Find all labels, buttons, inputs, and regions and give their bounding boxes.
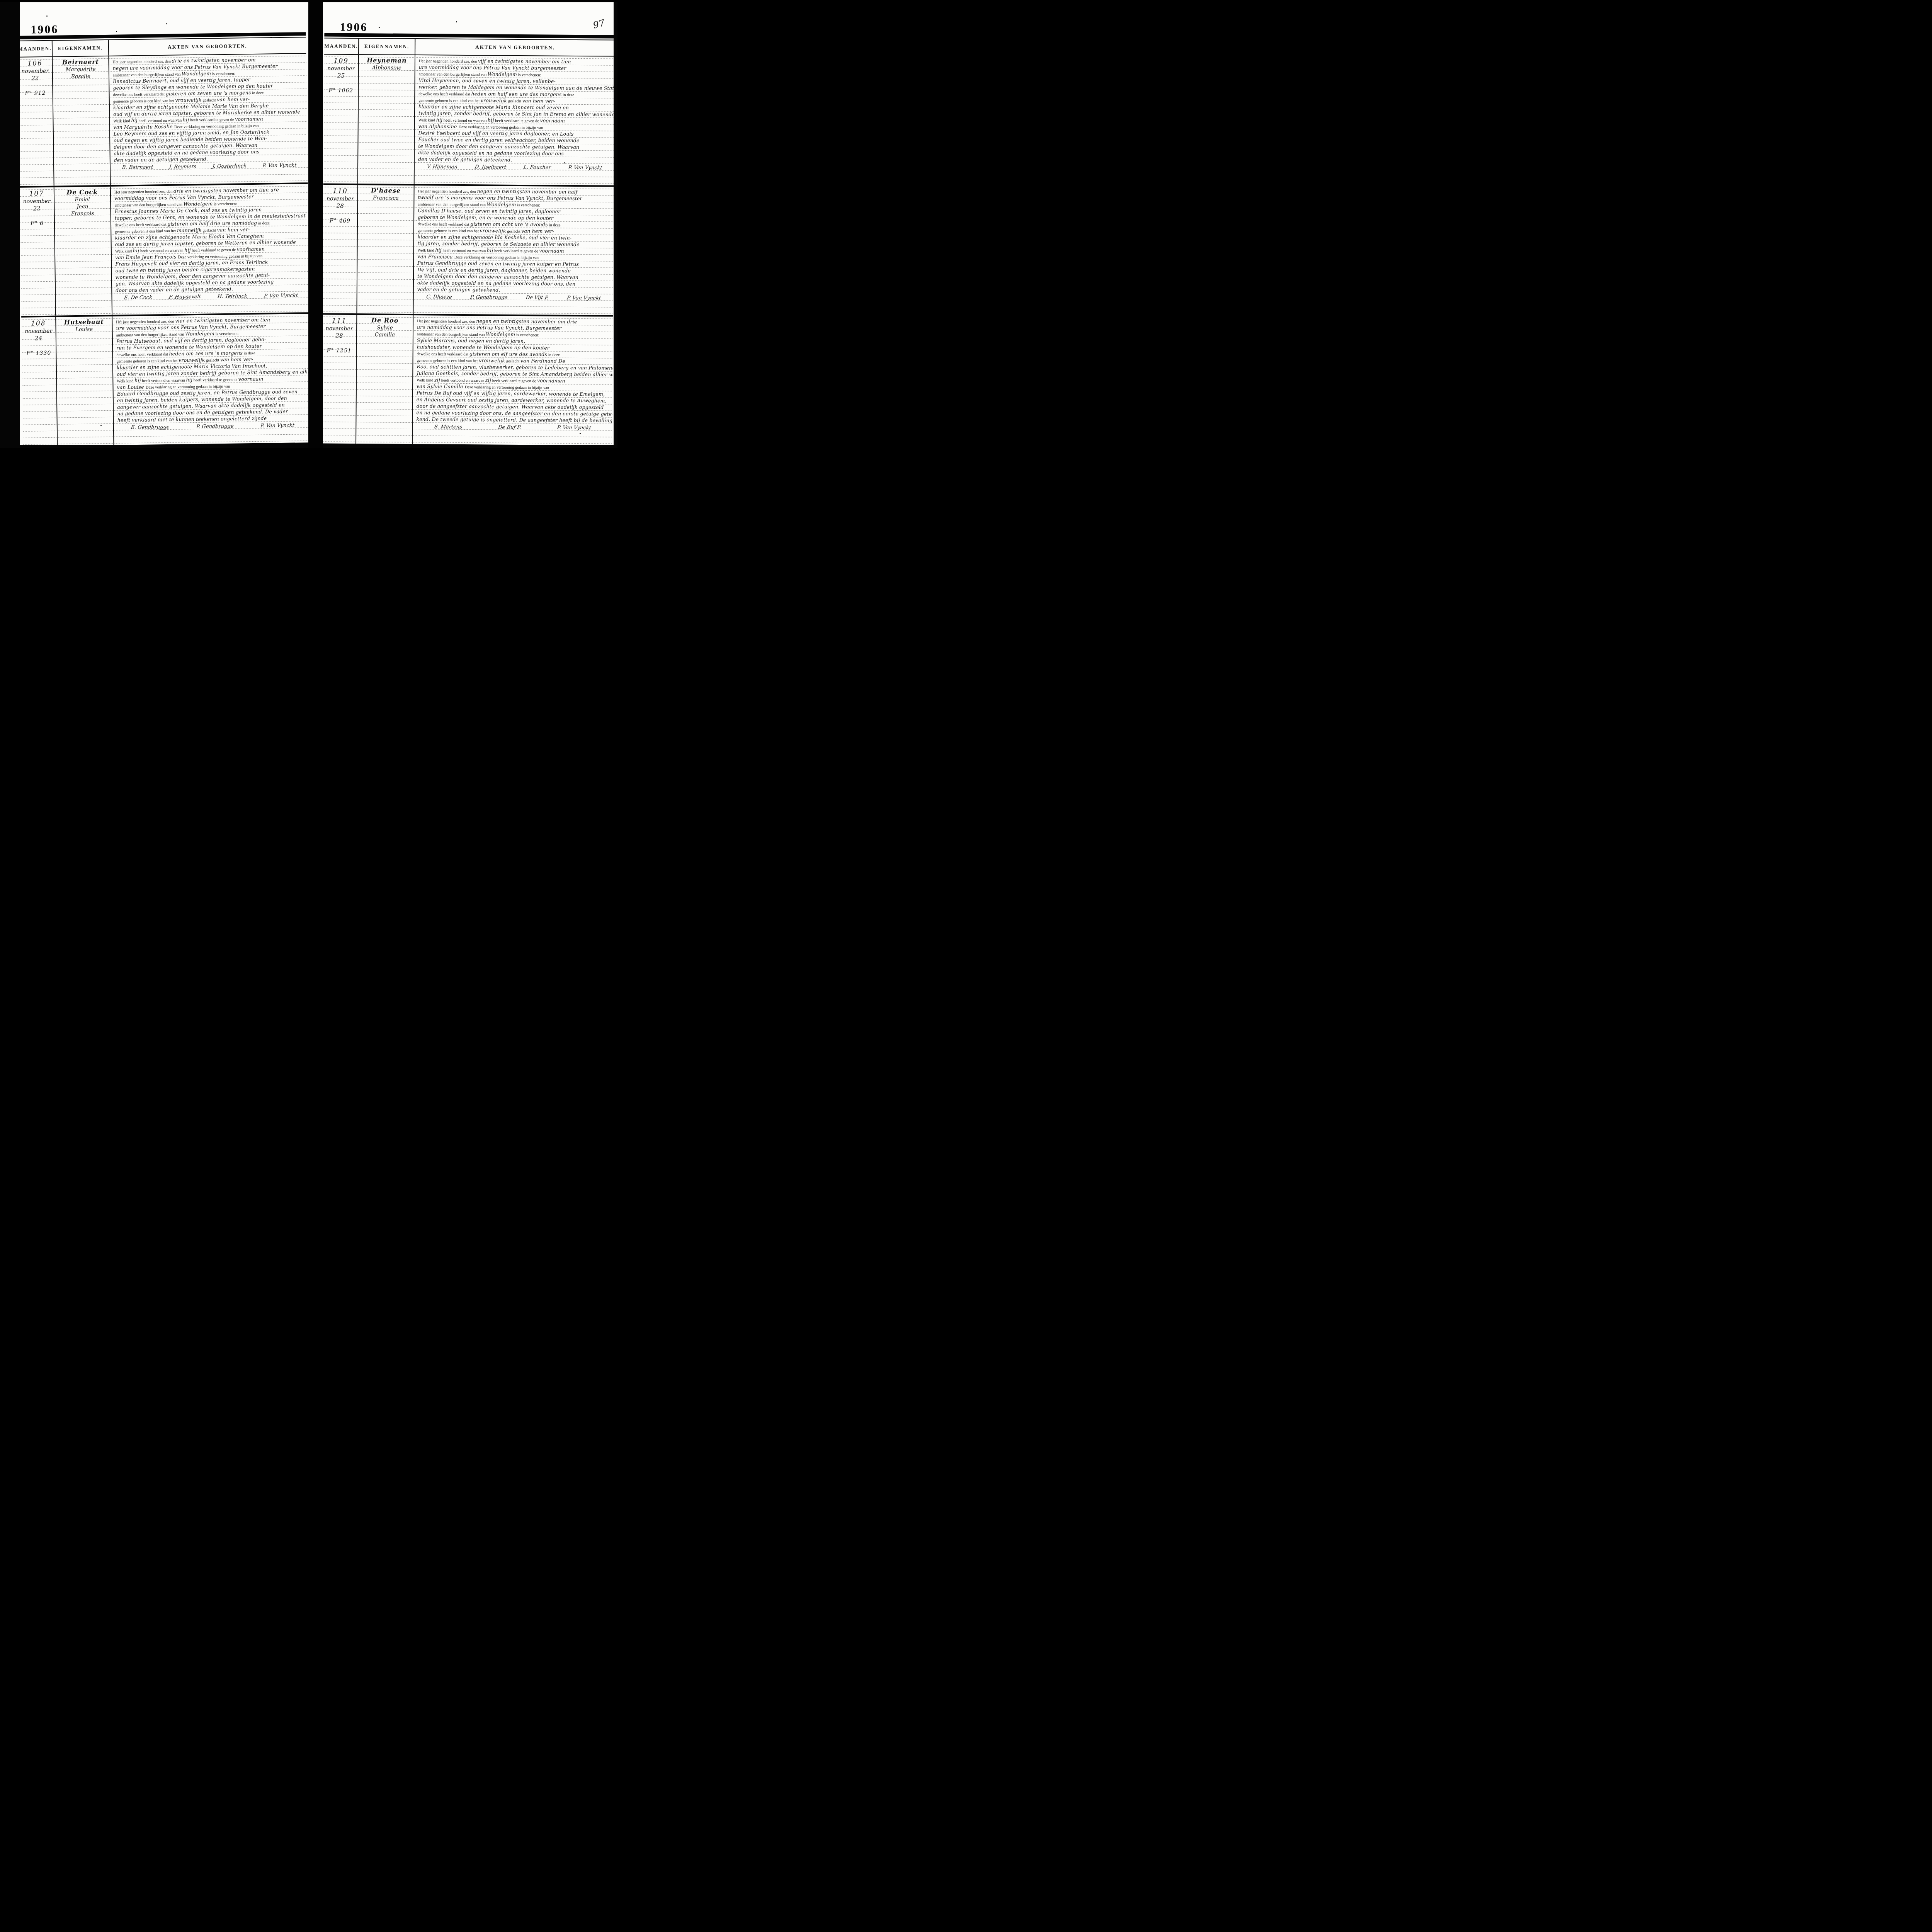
printed-text-segment: heeft vertoond en waarvan <box>139 248 184 253</box>
column-header-acts: AKTEN VAN GEBOORTEN. <box>109 37 306 56</box>
entry-surname: Hutsebaut <box>56 318 112 326</box>
entry-day: 22 <box>20 75 52 82</box>
handwritten-text-segment: zij <box>434 377 440 383</box>
entry-day: 22 <box>20 204 54 212</box>
handwritten-text-segment: Desiré Yselbaert oud vijf en veertig jar… <box>418 130 574 137</box>
printed-text-segment: Deze verklaring en vertooning gedaan in … <box>465 385 549 390</box>
handwritten-text-segment: hij <box>134 378 141 383</box>
signature: E. Gendbrugge <box>131 424 170 430</box>
signature: P. Van Vynckt <box>260 423 295 429</box>
signature: De Vijt P. <box>526 295 549 301</box>
scan-speckle <box>46 15 48 17</box>
entry-margin-cell: 107november22F° 6 <box>20 187 56 316</box>
scan-speckle <box>116 31 117 32</box>
entry-name-cell: HeynemanAlphonsine <box>358 55 415 184</box>
entry-surname: De Cock <box>54 188 110 196</box>
handwritten-text-segment: van Alphonsine <box>418 123 459 129</box>
handwritten-text-segment: vader en de getuigen geteekend. <box>417 286 500 293</box>
handwritten-text-segment: voornamen <box>237 246 265 252</box>
printed-text-segment: is verschenen: <box>213 202 237 206</box>
entry-act-cell: Het jaar negentien honderd zes, den vijf… <box>415 55 614 185</box>
printed-text-segment: in deze <box>548 223 561 227</box>
entry-given-name: Jean <box>54 203 110 210</box>
printed-text-segment: gemeente geboren is een kind van het <box>115 229 177 234</box>
printed-text-segment: Hét jaar negentien honderd zes, den <box>116 320 175 325</box>
handwritten-text-segment: hij <box>436 117 443 122</box>
handwritten-text-segment: te Wondelgem door den aangever aanzochte… <box>417 273 578 280</box>
entry-act-cell: Het jaar negentien honderd zes, den drie… <box>109 54 308 185</box>
printed-text-segment: geslacht <box>202 228 217 233</box>
handwritten-text-segment: klaarder en zijne echtgenoote Maria Kinn… <box>418 104 569 111</box>
handwritten-text-segment: Vital Heyneman, oud zeven en twintig jar… <box>419 77 556 84</box>
handwritten-text-segment: ure voormiddag voor ons Petrus Van Vynck… <box>419 64 566 71</box>
year-label: 1906 <box>31 23 58 37</box>
register-entry: 110november28F° 469D'haeseFranciscaHet j… <box>323 185 614 317</box>
entry-day: 24 <box>22 335 56 342</box>
printed-text-segment: dewelke ons heeft verklaard dat <box>116 352 169 357</box>
entry-folio-reference: F° 1062 <box>324 87 358 94</box>
printed-text-segment: heeft vertoond en waarvan <box>442 119 488 123</box>
entry-number: 107 <box>20 189 54 197</box>
signature: P. Van Vynckt <box>262 162 297 168</box>
entry-name-cell: HutsebautLouise <box>56 316 114 445</box>
printed-text-segment: Deze verklaring en vertooning gedaan in … <box>459 125 543 130</box>
entry-folio-reference: F° 469 <box>323 218 357 224</box>
handwritten-text-segment: van hem ver- <box>522 98 555 104</box>
handwritten-text-segment: vrouwelijk <box>179 357 205 363</box>
signature-row: B. BeirnaertJ. ReyniersJ. OosterlinckP. … <box>114 162 305 170</box>
printed-text-segment: gemeente geboren is een kind van het <box>417 359 479 363</box>
handwritten-text-segment: hij <box>435 247 442 253</box>
handwritten-text-segment: klaarder en zijne echtgenoote Ida Kesbek… <box>418 234 571 241</box>
entry-given-name: Louise <box>56 326 112 333</box>
entry-given-name: Emiel <box>54 196 110 203</box>
handwritten-text-segment: van Marguérite Rosalie <box>114 124 175 130</box>
printed-text-segment: heeft verklaard te geven de <box>494 119 540 123</box>
scan-speckle <box>456 21 457 22</box>
entry-given-name: François <box>55 210 111 217</box>
signature: C. Dhaeze <box>426 294 452 300</box>
entry-surname: De Roo <box>357 316 413 324</box>
column-header-month: MAANDEN. <box>20 41 53 57</box>
signature: De Buf P. <box>498 425 522 430</box>
signature: P. Van Vynckt <box>566 295 601 301</box>
handwritten-text-segment: Petrus Gendbrugge oud zeven en twintig j… <box>417 260 579 267</box>
printed-text-segment: Het jaar negentien honderd zes, den <box>114 189 173 194</box>
entry-number: 106 <box>20 60 52 68</box>
handwritten-text-segment: hij <box>183 117 189 122</box>
signature: H. Teirlinck <box>217 293 248 299</box>
printed-text-segment: is verschenen: <box>517 73 541 77</box>
handwritten-text-segment: akte dadelijk opgesteld en na gedane voo… <box>418 150 564 156</box>
entry-number: 109 <box>324 57 358 65</box>
printed-text-segment: is verschenen: <box>515 333 539 337</box>
entry-folio-reference: F° 6 <box>20 220 54 226</box>
signature: P. Gendbrugge <box>470 294 508 301</box>
entry-day: 28 <box>323 332 356 340</box>
act-text-line: kend. De tweede getuige is ongeletterd. … <box>416 416 609 423</box>
entry-name-cell: De RooSylvieCamilla <box>356 315 413 444</box>
handwritten-text-segment: Sylvie Martens, oud negen en dertig jare… <box>417 337 526 344</box>
year-label: 1906 <box>340 21 367 34</box>
entry-given-name: Rosalie <box>53 73 109 80</box>
handwritten-text-segment: drie en twintigsten november om tien ure <box>173 187 279 194</box>
entry-given-name: Camilla <box>357 332 413 338</box>
printed-text-segment: Het jaar negentien honderd zes, den <box>418 189 477 194</box>
printed-text-segment: in deze <box>547 353 560 357</box>
printed-text-segment: dewelke ons heeft verklaard dat <box>417 352 469 357</box>
printed-text-segment: Welk kind <box>418 118 436 122</box>
printed-text-segment: dewelke ons heeft verklaard dat <box>115 223 167 228</box>
handwritten-text-segment: van Louise <box>117 384 146 390</box>
printed-text-segment: ambtenaar van den burgerlijken stand van <box>116 333 185 338</box>
printed-text-segment: Het jaar negentien honderd zes, den <box>112 60 172 65</box>
handwritten-text-segment: hij <box>131 117 138 123</box>
handwritten-text-segment: vrouwelijk <box>481 97 507 103</box>
printed-text-segment: ambtenaar van den burgerlijken stand van <box>418 202 486 207</box>
printed-text-segment: heeft verklaard te geven de <box>491 379 537 384</box>
printed-text-segment: geslacht <box>205 358 220 363</box>
entry-day: 28 <box>323 202 357 209</box>
register-page-left: 1906 MAANDEN. EIGENNAMEN. AKTEN VAN GEBO… <box>20 2 308 445</box>
handwritten-page-number: 97 <box>592 17 606 31</box>
printed-text-segment: is verschenen: <box>516 203 540 207</box>
printed-text-segment: dewelke ons heeft verklaard dat <box>113 92 166 97</box>
entry-number: 108 <box>21 320 55 328</box>
printed-text-segment: Welk kind <box>115 249 133 254</box>
signature-row: C. DhaezeP. GendbruggeDe Vijt P.P. Van V… <box>417 294 611 301</box>
entry-margin-cell: 109november25F° 1062 <box>323 54 359 183</box>
entries-container-left: 106november22F° 912BeirnaertMarguériteRo… <box>20 54 308 445</box>
register-entry: 111november28F° 1251De RooSylvieCamillaH… <box>323 315 613 445</box>
handwritten-text-segment: vrouwelijk <box>480 228 506 233</box>
entry-folio-reference: F° 912 <box>20 90 53 97</box>
entry-number: 110 <box>323 187 357 195</box>
handwritten-text-segment: huishoudster, wonende te Wondelgem op de… <box>417 344 549 350</box>
printed-text-segment: heeft verklaard te geven de <box>191 248 237 253</box>
handwritten-text-segment: kend. De tweede getuige is ongeletterd. … <box>416 416 613 424</box>
printed-text-segment: dewelke ons heeft verklaard dat <box>418 222 470 227</box>
entry-given-name: Francisca <box>358 195 413 201</box>
handwritten-text-segment: Camillus D'haese, oud zeven en twintig j… <box>418 207 560 214</box>
handwritten-text-segment: mannelijk <box>177 227 202 233</box>
register-table-right: MAANDEN. EIGENNAMEN. AKTEN VAN GEBOORTEN… <box>323 33 614 445</box>
handwritten-text-segment: Foucher oud twee en dertig jaren veldwac… <box>418 136 579 143</box>
entry-surname: D'haese <box>358 187 414 194</box>
handwritten-text-segment: heeft verklaard niet te kunnen teekenen … <box>117 415 267 423</box>
scan-speckle <box>270 37 272 38</box>
handwritten-text-segment: voornaam <box>539 248 564 253</box>
handwritten-text-segment: voornaam <box>238 376 264 382</box>
signature: J. Oosterlinck <box>212 163 247 169</box>
signature-row: E. De CockF. HuygeveltH. TeirlinckP. Van… <box>116 293 307 301</box>
printed-text-segment: ambtenaar van den burgerlijken stand van <box>113 72 182 77</box>
handwritten-text-segment: vijf en twintigsten november om tien <box>478 58 571 65</box>
register-table-left: MAANDEN. EIGENNAMEN. AKTEN VAN GEBOORTEN… <box>20 32 308 445</box>
entries-container-right: 109november25F° 1062HeynemanAlphonsineHe… <box>323 54 614 445</box>
handwritten-text-segment: heden om half een ure des morgens <box>471 91 561 97</box>
scan-speckle <box>379 27 380 28</box>
entry-margin-cell: 106november22F° 912 <box>20 57 54 186</box>
handwritten-text-segment: van hem ver- <box>220 356 253 362</box>
handwritten-text-segment: van Emile Jean François <box>115 253 178 260</box>
handwritten-text-segment: drie en twintigsten november om <box>172 57 255 64</box>
entry-surname: Beirnaert <box>53 58 108 66</box>
handwritten-text-segment: gisteren om half drie ure namiddag <box>167 220 257 227</box>
scan-speckle <box>580 433 581 434</box>
entry-month: november <box>323 196 357 202</box>
handwritten-text-segment: heden om zes ure 's morgens <box>169 350 243 357</box>
handwritten-text-segment: hij <box>186 377 192 383</box>
column-header-row: MAANDEN. EIGENNAMEN. AKTEN VAN GEBOORTEN… <box>324 38 614 56</box>
handwritten-text-segment: Wondelgem <box>486 332 515 338</box>
printed-text-segment: heeft vertoond en waarvan <box>442 248 487 253</box>
printed-text-segment: ambtenaar van den burgerlijken stand van <box>114 202 183 207</box>
handwritten-text-segment: hij <box>487 247 493 253</box>
entry-surname: Heyneman <box>359 56 415 64</box>
register-entry: 107november22F° 6De CockEmielJeanFrançoi… <box>20 184 308 318</box>
printed-text-segment: in deze <box>562 93 575 97</box>
handwritten-text-segment: hij <box>184 247 191 253</box>
scan-speckle <box>100 425 102 426</box>
signature-row: E. GendbruggeP. GendbruggeP. Van Vynckt <box>117 423 308 431</box>
handwritten-text-segment: Wondelgem <box>182 70 211 77</box>
entry-folio-reference: F° 1251 <box>323 348 356 354</box>
printed-text-segment: gemeente geboren is een kind van het <box>113 99 175 104</box>
handwritten-text-segment: voornaam <box>540 117 565 123</box>
handwritten-text-segment: van Ferdinand De <box>520 358 565 364</box>
handwritten-text-segment: geboren te Wondelgem, en er wonende op d… <box>418 214 553 221</box>
signature: E. De Cock <box>124 294 153 301</box>
entry-month: november <box>20 198 54 204</box>
handwritten-text-segment: tig jaren, zonder bedrijf, geboren te Se… <box>418 240 580 247</box>
signature: J. Reyniers <box>169 164 197 170</box>
entry-month: november <box>324 65 358 72</box>
entry-month: november <box>20 68 52 75</box>
register-entry: 109november25F° 1062HeynemanAlphonsineHe… <box>323 54 614 187</box>
handwritten-text-segment: van Sylvie Camilla <box>417 383 465 389</box>
printed-text-segment: heeft verklaard te geven de <box>493 249 539 253</box>
handwritten-text-segment: Wondelgem <box>183 201 213 207</box>
scan-speckle <box>247 247 248 248</box>
entry-number: 111 <box>323 317 356 325</box>
printed-text-segment: Welk kind <box>113 119 131 124</box>
entry-margin-cell: 108november24F° 1330 <box>21 317 58 445</box>
handwritten-text-segment: Wondelgem <box>487 201 516 207</box>
handwritten-text-segment: den vader en de getuigen geteekend. <box>418 156 512 163</box>
entry-given-name: Sylvie <box>357 325 413 331</box>
handwritten-text-segment: negen en twintigsten november om half <box>477 188 578 195</box>
handwritten-text-segment: van Francisca <box>417 253 454 260</box>
printed-text-segment: heeft verklaard te geven de <box>189 118 235 123</box>
printed-text-segment: Het jaar negentien honderd zes, den <box>419 59 478 64</box>
handwritten-text-segment: akte dadelijk opgesteld en na gedane voo… <box>417 280 575 287</box>
binding-gutter <box>308 0 323 448</box>
register-entry: 108november24F° 1330HutsebautLouiseHét j… <box>21 314 308 445</box>
printed-text-segment: is verschenen: <box>211 72 235 77</box>
entry-act-cell: Het jaar negentien honderd zes, den drie… <box>111 184 308 315</box>
handwritten-text-segment: voornamen <box>235 116 263 122</box>
printed-text-segment: is verschenen: <box>214 332 239 337</box>
handwritten-text-segment: door ons den vader en de getuigen geteek… <box>116 286 233 293</box>
printed-text-segment: ambtenaar van den burgerlijken stand van <box>419 72 488 77</box>
entry-margin-cell: 110november28F° 469 <box>323 185 358 313</box>
signature: V. Hijneman <box>426 164 458 170</box>
register-page-right: 1906 97 MAANDEN. EIGENNAMEN. AKTEN VAN G… <box>323 2 614 445</box>
printed-text-segment: ambtenaar van den burgerlijken stand van <box>417 332 486 337</box>
printed-text-segment: geslacht <box>505 359 520 364</box>
printed-text-segment: Welk kind <box>117 379 134 384</box>
printed-text-segment: gemeente geboren is een kind van het <box>418 99 481 103</box>
entry-month: november <box>22 328 56 335</box>
printed-text-segment: Welk kind <box>417 378 434 383</box>
printed-text-segment: dewelke ons heeft verklaard dat <box>418 92 471 97</box>
signature: P. Van Vynckt <box>557 425 592 431</box>
handwritten-text-segment: te Wondelgem door den aangever aanzochte… <box>418 143 579 150</box>
entry-folio-reference: F° 1330 <box>22 350 56 357</box>
printed-text-segment: geslacht <box>506 229 522 233</box>
handwritten-text-segment: van hem ver- <box>521 228 554 234</box>
signature: P. Van Vynckt <box>568 165 603 171</box>
signature: P. Gendbrugge <box>196 423 234 430</box>
printed-text-segment: Deze verklaring en vertooning gedaan in … <box>454 255 539 260</box>
handwritten-text-segment: negen en twintigsten november om drie <box>476 318 577 325</box>
signature-row: V. HijnemanD. IjselbaertL. FoucherP. Van… <box>418 164 611 171</box>
handwritten-text-segment: voornamen <box>537 378 565 384</box>
act-text-line: vader en de getuigen geteekend. <box>417 286 610 294</box>
entry-margin-cell: 111november28F° 1251 <box>323 315 357 444</box>
entry-given-name: Marguérite <box>53 66 109 73</box>
printed-text-segment: in deze <box>251 91 264 95</box>
handwritten-text-segment: van hem ver- <box>217 226 250 233</box>
entry-name-cell: De CockEmielJeanFrançois <box>54 186 112 316</box>
handwritten-text-segment: hij <box>133 248 139 253</box>
scan-speckle <box>564 162 565 163</box>
entry-day: 25 <box>324 72 358 79</box>
handwritten-text-segment: gisteren om acht ure 's avonds <box>470 221 548 227</box>
signature: B. Beirnaert <box>122 164 154 170</box>
act-text-line: den vader en de getuigen geteekend. <box>418 156 611 163</box>
entry-act-cell: Het jaar negentien honderd zes, den nege… <box>413 185 614 315</box>
handwritten-text-segment: gisteren om zeven ure 's morgens <box>166 90 251 97</box>
handwritten-text-segment: vrouwelijk <box>479 358 505 364</box>
entry-name-cell: D'haeseFrancisca <box>357 185 414 314</box>
printed-text-segment: heeft verklaard te geven de <box>192 378 238 383</box>
handwritten-text-segment: den vader en de getuigen geteekend. <box>114 156 208 163</box>
printed-text-segment: Het jaar negentien honderd zes, den <box>417 319 476 324</box>
signature: D. Ijselbaert <box>474 164 507 170</box>
signature: F. Huygevelt <box>168 294 201 300</box>
register-entry: 106november22F° 912BeirnaertMarguériteRo… <box>20 54 308 187</box>
handwritten-text-segment: van hem ver- <box>217 96 250 102</box>
handwritten-text-segment: Wondelgem <box>488 71 517 77</box>
printed-text-segment: heeft vertoond en waarvan <box>141 379 186 384</box>
handwritten-text-segment: zij <box>485 378 491 383</box>
printed-text-segment: geslacht <box>507 99 522 104</box>
register-scan-spread: 1906 MAANDEN. EIGENNAMEN. AKTEN VAN GEBO… <box>0 0 617 448</box>
printed-text-segment: heeft vertoond en waarvan <box>138 118 183 123</box>
handwritten-text-segment: hij <box>488 117 494 123</box>
scan-speckle <box>518 35 519 36</box>
handwritten-text-segment: ure namiddag voor ons Petrus Van Vynckt,… <box>417 324 561 331</box>
printed-text-segment: geslacht <box>202 98 217 103</box>
handwritten-text-segment: twaalf ure 's morgens voor ons Petrus Va… <box>418 194 582 201</box>
handwritten-text-segment: Wondelgem <box>185 331 214 337</box>
entry-name-cell: BeirnaertMarguériteRosalie <box>53 56 111 186</box>
signature-row: S. MartensDe Buf P.P. Van Vynckt <box>416 424 609 431</box>
signature: S. Martens <box>434 424 463 430</box>
entry-given-name: Alphonsine <box>359 65 415 71</box>
printed-text-segment: in deze <box>243 351 255 355</box>
entry-act-cell: Het jaar negentien honderd zes, den nege… <box>413 315 613 445</box>
printed-text-segment: in deze <box>257 221 270 225</box>
scan-speckle <box>166 23 167 24</box>
column-header-names: EIGENNAMEN. <box>359 39 415 54</box>
column-header-acts: AKTEN VAN GEBOORTEN. <box>415 39 614 56</box>
handwritten-text-segment: De Vijt, oud drie en dertig jaren, daglo… <box>417 267 571 274</box>
printed-text-segment: gemeente geboren is een kind van het <box>117 359 179 364</box>
handwritten-text-segment: vrouwelijk <box>175 97 201 103</box>
column-header-names: EIGENNAMEN. <box>53 40 109 56</box>
printed-text-segment: gemeente geboren is een kind van het <box>418 229 480 233</box>
signature: P. Van Vynckt <box>264 293 298 299</box>
entry-month: november <box>323 326 356 332</box>
printed-text-segment: heeft vertoond en waarvan <box>440 379 485 383</box>
column-header-month: MAANDEN. <box>324 38 359 54</box>
signature: L. Foucher <box>523 165 551 170</box>
handwritten-text-segment: gisteren om elf ure des avonds <box>469 351 547 357</box>
entry-act-cell: Hét jaar negentien honderd zes, den vier… <box>112 314 308 445</box>
printed-text-segment: Welk kind <box>417 248 435 253</box>
